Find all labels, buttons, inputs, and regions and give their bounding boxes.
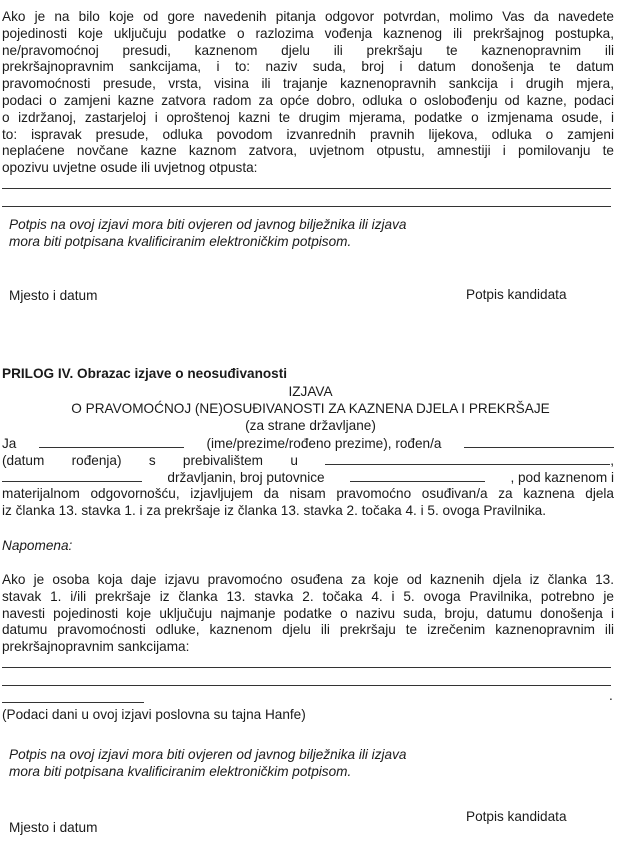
passport-number-field[interactable] <box>350 469 485 482</box>
paragraph-line: o izdržanoj, zastarjeloj i oproštenoj ka… <box>2 110 614 127</box>
place-date-label: Mjesto i datum <box>9 288 97 303</box>
signature-label-2: Potpis kandidata <box>466 809 567 824</box>
statement-foreign-nationals: (za strane državljane) <box>0 418 621 433</box>
place-date-label-2: Mjesto i datum <box>9 820 97 835</box>
declaration-text: materijalnom odgovornošću, izjavljujem d… <box>2 486 614 520</box>
statement-subtitle: O PRAVOMOĆNOJ (NE)OSUĐIVANOSTI ZA KAZNEN… <box>0 401 621 416</box>
dob-hint: (datum <box>2 453 44 468</box>
label-s: s <box>149 453 156 468</box>
signature-label: Potpis kandidata <box>466 287 567 302</box>
notary-note-line: Potpis na ovoj izjavi mora biti ovjeren … <box>9 747 406 764</box>
declaration-line: iz članka 13. stavka 1. i za prekršaje i… <box>2 503 614 520</box>
note-line: navesti pojedinosti koje uključuju najma… <box>2 606 614 623</box>
birth-place-field[interactable] <box>464 435 614 448</box>
note-answer-line-3[interactable] <box>2 702 144 703</box>
confidentiality-note: (Podaci dani u ovoj izjavi poslovna su t… <box>2 707 306 722</box>
residence-field[interactable] <box>325 452 610 465</box>
citizen-label: državljanin, broj putovnice <box>167 470 324 485</box>
name-field[interactable] <box>39 435 184 448</box>
form-line-citizenship: državljanin, broj putovnice , pod kaznen… <box>2 469 614 485</box>
paragraph-line: neplaćene novčane kazne kaznom zatvora, … <box>2 143 614 160</box>
label-u: u <box>290 453 298 468</box>
note-line: datumu pravomoćnosti odluke, kaznenom dj… <box>2 622 614 639</box>
notary-note-line: mora biti potpisana kvalificiranim elekt… <box>9 764 406 781</box>
note-line: prekršajnopravnim sankcijama: <box>2 639 614 656</box>
answer-line-2[interactable] <box>2 206 611 207</box>
paragraph-line: pravomoćnosti presude, vrsta, visina ili… <box>2 76 614 93</box>
notary-note: Potpis na ovoj izjavi mora biti ovjeren … <box>9 217 406 250</box>
name-hint: (ime/prezime/rođeno prezime), rođen/a <box>206 436 441 451</box>
comma: , <box>610 453 614 468</box>
notary-note-line: mora biti potpisana kvalificiranim elekt… <box>9 234 406 251</box>
paragraph-line: ne/pravomoćnoj presudi, kaznenom djelu i… <box>2 43 614 60</box>
paragraph-line: prekršajnopravnim sankcijama, i to: nazi… <box>2 59 614 76</box>
conviction-details-paragraph: Ako je na bilo koje od gore navedenih pi… <box>2 9 614 177</box>
annex-heading: PRILOG IV. Obrazac izjave o neosuđivanos… <box>2 366 287 381</box>
notary-note-line: Potpis na ovoj izjavi mora biti ovjeren … <box>9 217 406 234</box>
note-answer-line-1[interactable] <box>2 667 611 668</box>
citizenship-field[interactable] <box>2 469 142 482</box>
residence-label: prebivalištem <box>183 453 263 468</box>
liability-label: , pod kaznenom i <box>510 470 614 485</box>
paragraph-line: opozivu uvjetne osude ili uvjetnog otpus… <box>2 160 614 177</box>
form-line-name: Ja (ime/prezime/rođeno prezime), rođen/a <box>2 435 614 451</box>
period: . <box>609 688 613 703</box>
paragraph-line: Ako je na bilo koje od gore navedenih pi… <box>2 9 614 26</box>
label-ja: Ja <box>2 436 16 451</box>
notary-note-2: Potpis na ovoj izjavi mora biti ovjeren … <box>9 747 406 780</box>
paragraph-line: podaci o zamjeni kazne zatvora radom za … <box>2 93 614 110</box>
answer-line-1[interactable] <box>2 188 611 189</box>
form-line-residence: (datum rođenja) s prebivalištem u , <box>2 452 614 468</box>
note-answer-line-2[interactable] <box>2 685 611 686</box>
note-paragraph: Ako je osoba koja daje izjavu pravomoćno… <box>2 572 614 656</box>
note-line: Ako je osoba koja daje izjavu pravomoćno… <box>2 572 614 589</box>
statement-title: IZJAVA <box>0 384 621 399</box>
note-line: stavak 1. i/ili prekršaje iz članka 13. … <box>2 589 614 606</box>
paragraph-line: pojedinosti koje uključuju podatke o raz… <box>2 26 614 43</box>
dob-hint-2: rođenja) <box>72 453 122 468</box>
note-label: Napomena: <box>2 538 72 553</box>
declaration-line: materijalnom odgovornošću, izjavljujem d… <box>2 486 614 503</box>
paragraph-line: to: ispravak presude, odluka povodom izv… <box>2 127 614 144</box>
